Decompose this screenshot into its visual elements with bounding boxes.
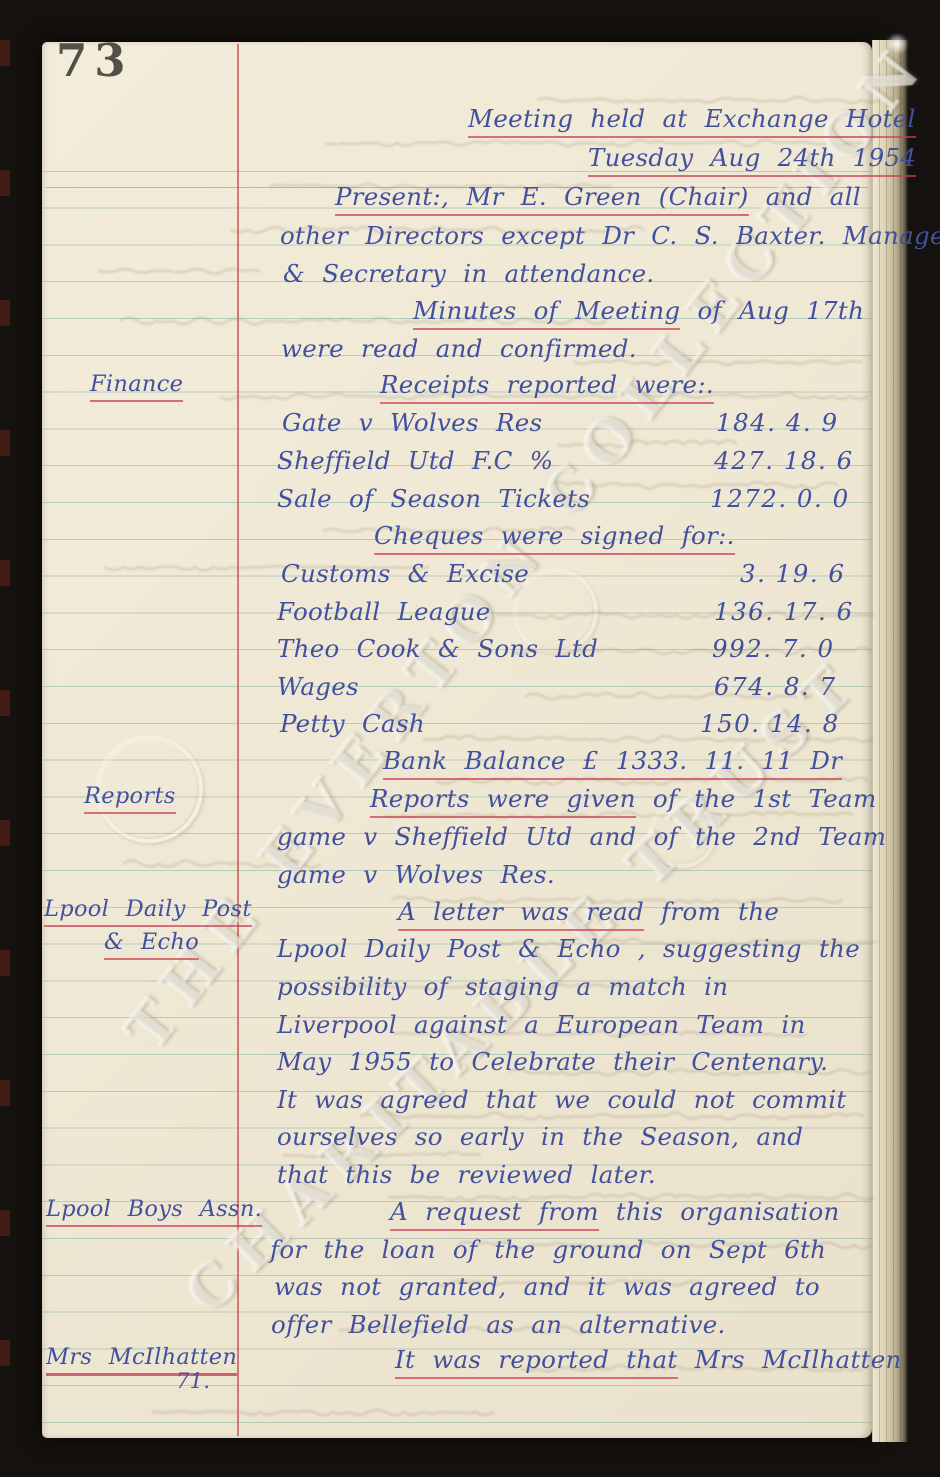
- receipt-item: Sheffield Utd F.C %: [277, 446, 553, 475]
- mcilhatten-line-1: It was reported that Mrs McIlhatten: [395, 1345, 902, 1374]
- minute-book-page-scan: THE EVERTON COLLECTION CHARITABLE TRUST …: [0, 0, 940, 1477]
- letter-line-6: It was agreed that we could not commit: [277, 1085, 847, 1114]
- cheque-amount: 136. 17. 6: [714, 597, 854, 626]
- receipt-amount: 184. 4. 9: [716, 408, 839, 437]
- margin-note-reports: Reports: [84, 783, 176, 809]
- letter-line-2: Lpool Daily Post & Echo , suggesting the: [277, 934, 860, 963]
- cheque-amount: 992. 7. 0: [712, 634, 835, 663]
- margin-note-lpool-daily-post: Lpool Daily Post: [44, 896, 252, 922]
- receipt-item: Sale of Season Tickets: [277, 484, 590, 513]
- footer-reference-number: 71.: [176, 1369, 210, 1393]
- request-line-2: for the loan of the ground on Sept 6th: [270, 1235, 826, 1264]
- cheque-item: Wages: [277, 672, 359, 701]
- request-line-4: offer Bellefield as an alternative.: [271, 1310, 726, 1339]
- reports-line-2: game v Sheffield Utd and of the 2nd Team: [277, 822, 886, 851]
- receipt-amount: 427. 18. 6: [714, 446, 854, 475]
- margin-note-mcilhatten: Mrs McIlhatten: [46, 1344, 237, 1370]
- minutes-line-1: Minutes of Meeting of Aug 17th: [413, 296, 864, 325]
- present-line-2: other Directors except Dr C. S. Baxter. …: [280, 221, 940, 250]
- request-line-1: A request from this organisation: [390, 1197, 840, 1226]
- reports-line-3: game v Wolves Res.: [277, 860, 555, 889]
- reports-line-1: Reports were given of the 1st Team: [370, 784, 877, 813]
- cheque-item: Customs & Excise: [281, 559, 529, 588]
- red-margin-rule: [237, 44, 239, 1436]
- book-spine-edge: [0, 40, 10, 1440]
- request-line-3: was not granted, and it was agreed to: [274, 1272, 820, 1301]
- cheque-item: Theo Cook & Sons Ltd: [277, 634, 598, 663]
- cheque-amount: 3. 19. 6: [740, 559, 846, 588]
- page-number-stamp: 73: [56, 34, 133, 87]
- present-line-3: & Secretary in attendance.: [283, 259, 654, 288]
- letter-line-5: May 1955 to Celebrate their Centenary.: [277, 1047, 828, 1076]
- receipt-amount: 1272. 0. 0: [710, 484, 850, 513]
- letter-line-1: A letter was read from the: [398, 897, 779, 926]
- letter-line-4: Liverpool against a European Team in: [277, 1010, 806, 1039]
- receipt-item: Gate v Wolves Res: [282, 408, 542, 437]
- page-edge-stack: [872, 40, 908, 1442]
- margin-note-lpool-boys: Lpool Boys Assn.: [46, 1196, 262, 1222]
- cheque-amount: 674. 8. 7: [714, 672, 837, 701]
- margin-note-echo: & Echo: [104, 929, 199, 955]
- bank-balance-line: Bank Balance £ 1333. 11. 11 Dr: [383, 746, 842, 775]
- heading-date: Tuesday Aug 24th 1954: [588, 143, 916, 172]
- cheque-item: Petty Cash: [280, 709, 425, 738]
- scan-glare: [884, 34, 910, 54]
- letter-line-7: ourselves so early in the Season, and: [277, 1122, 803, 1151]
- heading-venue: Meeting held at Exchange Hotel: [468, 104, 916, 133]
- letter-line-8: that this be reviewed later.: [277, 1160, 656, 1189]
- present-line-1: Present:, Mr E. Green (Chair) and all: [335, 182, 861, 211]
- cheque-amount: 150. 14. 8: [700, 709, 840, 738]
- minutes-line-2: were read and confirmed.: [281, 334, 637, 363]
- cheque-item: Football League: [277, 597, 491, 626]
- letter-line-3: possibility of staging a match in: [277, 972, 728, 1001]
- receipts-heading: Receipts reported were:.: [380, 370, 714, 399]
- margin-note-finance: Finance: [90, 371, 183, 397]
- cheques-heading: Cheques were signed for:.: [374, 521, 735, 550]
